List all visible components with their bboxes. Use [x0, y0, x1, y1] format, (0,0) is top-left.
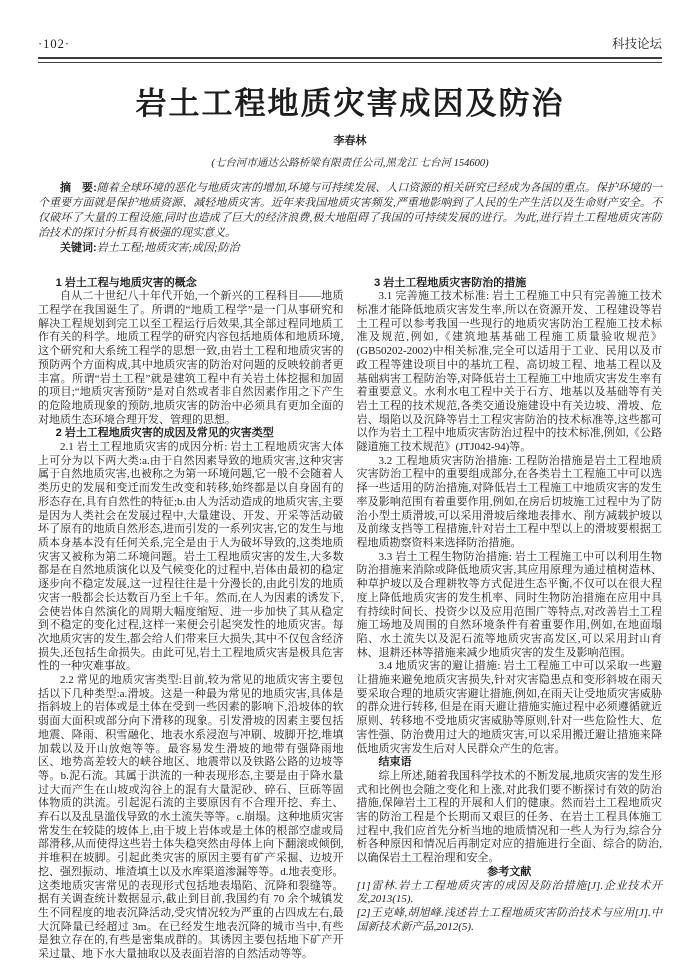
keywords-label: 关键词:: [60, 242, 97, 254]
section-2-heading: 2 岩土工程地质灾害的成因及常见的灾害类型: [38, 427, 344, 441]
section-2-2-paragraph: 2.2 常见的地质灾害类型:目前,较为常见的地质灾害主要包括以下几种类型:a.滑…: [38, 674, 344, 962]
running-header: ·102· 科技论坛: [38, 34, 662, 52]
section-3-1-paragraph: 3.1 完善施工技术标准: 岩土工程施工中只有完善施工技术标准才能降低地质灾害发…: [357, 290, 663, 454]
right-column: 3 岩土工程地质灾害防治的措施 3.1 完善施工技术标准: 岩土工程施工中只有完…: [357, 277, 663, 962]
journal-section-title: 科技论坛: [612, 34, 662, 52]
two-column-body: 1 岩土工程与地质灾害的概念 自从二十世纪八十年代开始,一个新兴的工程科目——地…: [38, 277, 662, 962]
left-column: 1 岩土工程与地质灾害的概念 自从二十世纪八十年代开始,一个新兴的工程科目——地…: [38, 277, 344, 962]
section-1-paragraph: 自从二十世纪八十年代开始,一个新兴的工程科目——地质工程学在我国诞生了。所谓的“…: [38, 290, 344, 427]
references-heading: 参考文献: [357, 866, 663, 880]
article-title: 岩土工程地质灾害成因及防治: [38, 86, 662, 122]
conclusion-heading: 结束语: [357, 756, 663, 770]
section-3-4-paragraph: 3.4 地质灾害的避让措施: 岩土工程施工中可以采取一些避让措施来避免地质灾害损…: [357, 660, 663, 756]
journal-page: ·102· 科技论坛 岩土工程地质灾害成因及防治 李春林 (七台河市通达公路桥梁…: [0, 0, 700, 967]
abstract-text: 随着全球环境的恶化与地质灾害的增加,环境与可持续发展、人口资源的相关研究已经成为…: [38, 182, 662, 239]
keywords-text: 岩土工程;地质灾害;成因;防治: [97, 242, 240, 254]
reference-item-1: [1]雷林.岩土工程地质灾害的成因及防治措施[J].企业技术开发,2013(15…: [357, 880, 663, 907]
abstract-label: 摘 要:: [60, 182, 97, 194]
section-1-heading: 1 岩土工程与地质灾害的概念: [38, 277, 344, 291]
section-2-1-paragraph: 2.1 岩土工程地质灾害的成因分析: 岩土工程地质灾害大体上可分为以下两大类:a…: [38, 441, 344, 674]
header-double-rule: [38, 57, 662, 63]
page-number: ·102·: [38, 37, 70, 52]
article-affiliation: (七台河市通达公路桥梁有限责任公司,黑龙江 七台河 154600): [38, 155, 662, 170]
section-3-3-paragraph: 3.3 岩土工程生物防治措施: 岩土工程施工中可以利用生物防治措施来消除或降低地…: [357, 551, 663, 661]
abstract-paragraph: 摘 要:随着全球环境的恶化与地质灾害的增加,环境与可持续发展、人口资源的相关研究…: [38, 181, 662, 241]
reference-item-2: [2]王克峰,胡旭峰.浅述岩土工程地质灾害防治技术与应用[J].中国新技术新产品…: [357, 907, 663, 934]
section-3-2-paragraph: 3.2 工程地质灾害防治措施: 工程防治措施是岩土工程地质灾害防治工程中的重要组…: [357, 455, 663, 551]
keywords-paragraph: 关键词:岩土工程;地质灾害;成因;防治: [38, 241, 662, 256]
section-3-heading: 3 岩土工程地质灾害防治的措施: [357, 277, 663, 291]
frontmatter: 摘 要:随着全球环境的恶化与地质灾害的增加,环境与可持续发展、人口资源的相关研究…: [38, 181, 662, 256]
article-author: 李春林: [38, 132, 662, 148]
conclusion-paragraph: 综上所述,随着我国科学技术的不断发展,地质灾害的发生形式和比例也会随之变化和上涨…: [357, 770, 663, 866]
